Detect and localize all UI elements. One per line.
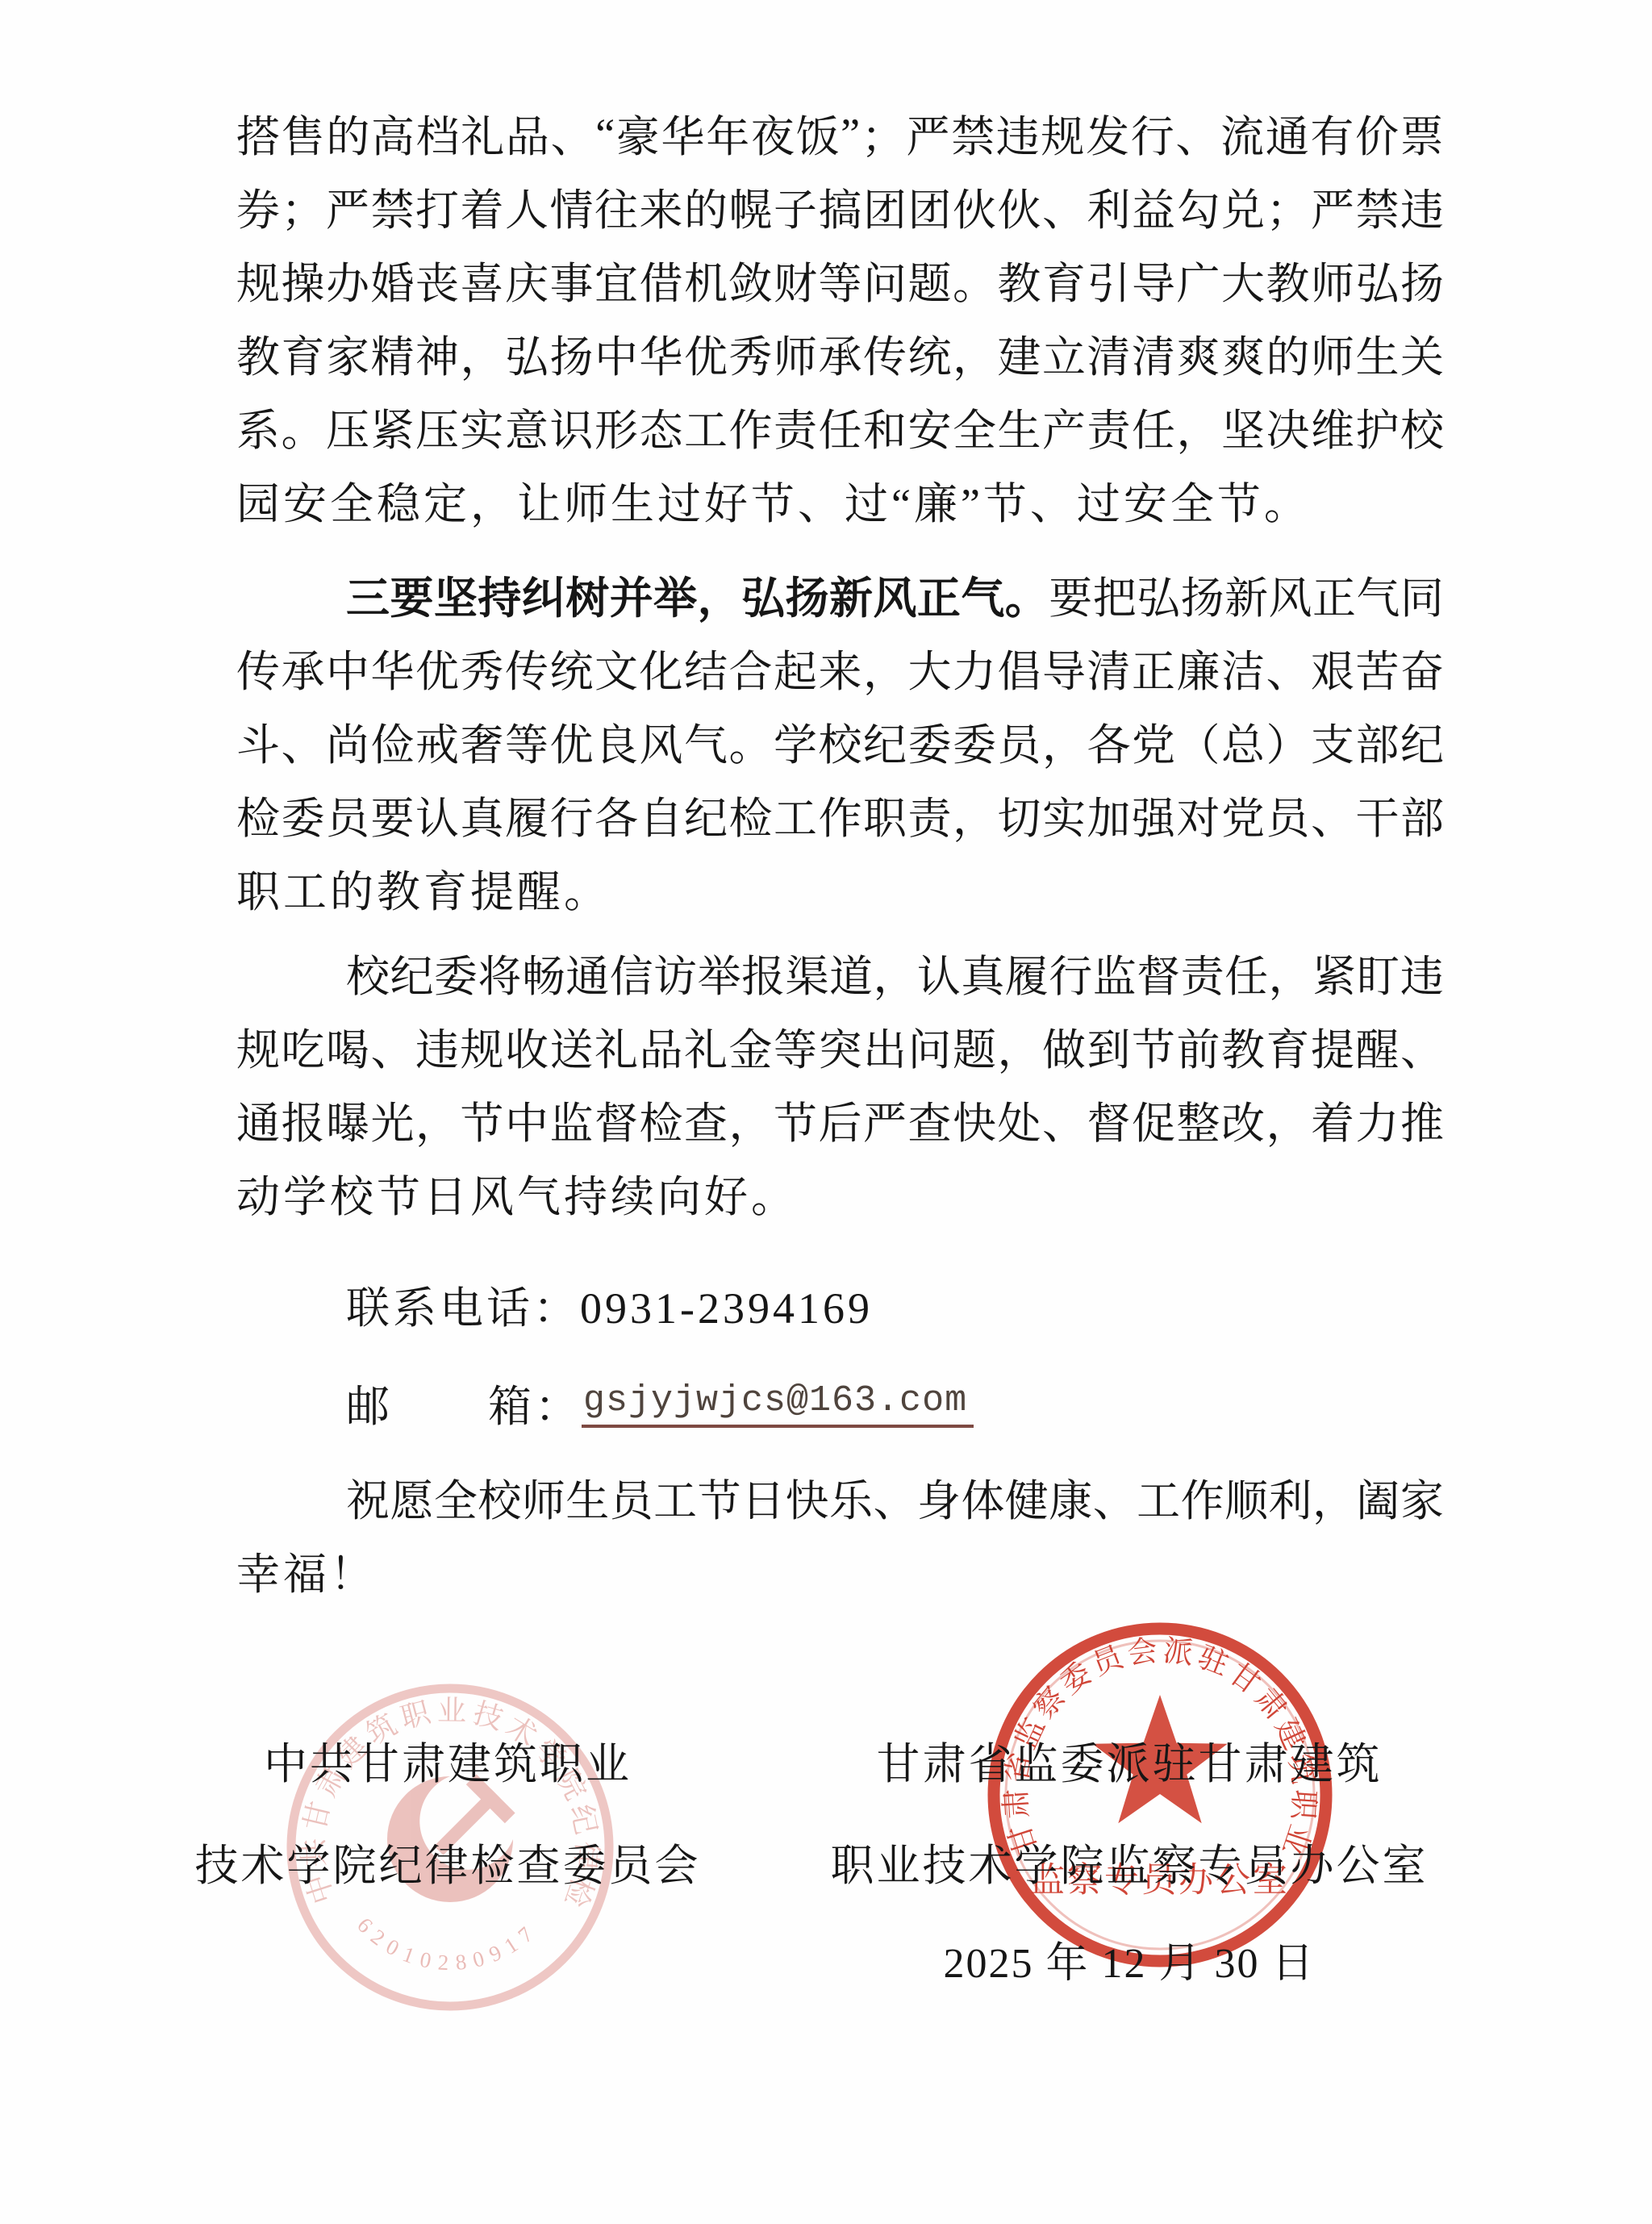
document-date: 2025 年 12 月 30 日 (807, 1938, 1452, 1990)
signature-line: 职业技术学院监察专员办公室 (807, 1840, 1452, 1892)
text-segment: 箱： (488, 1372, 582, 1434)
text-line: 教育家精神，弘扬中华优秀师承传统，建立清清爽爽的师生关 (236, 317, 1444, 390)
text-line: 祝愿全校师生员工节日快乐、身体健康、工作顺利，阖家 (236, 1461, 1444, 1534)
text-line: 通报曝光，节中监督检查，节后严查快处、督促整改，着力推 (236, 1083, 1444, 1157)
text-line: 规操办婚丧喜庆事宜借机敛财等问题。教育引导广大教师弘扬 (236, 244, 1444, 317)
signature-line: 中共甘肃建筑职业 (186, 1738, 710, 1790)
text-segment: 幸福！ (236, 1540, 377, 1602)
paragraph: 联系电话：0931-2394169 (236, 1268, 1444, 1341)
text-line: 斗、尚俭戒奢等优良风气。学校纪委委员，各党（总）支部纪 (236, 705, 1444, 778)
text-line: 幸福！ (236, 1534, 1444, 1608)
text-line: 园安全稳定，让师生过好节、过“廉”节、过安全节。 (236, 464, 1444, 537)
signature-line: 甘肃省监委派驻甘肃建筑 (807, 1738, 1452, 1790)
document-body: 搭售的高档礼品、“豪华年夜饭”；严禁违规发行、流通有价票券；严禁打着人情往来的幌… (236, 97, 1444, 1608)
text-line: 联系电话：0931-2394169 (236, 1268, 1444, 1341)
text-line: 邮箱：gsjyjwjcs@163.com (236, 1367, 1444, 1440)
paragraph: 祝愿全校师生员工节日快乐、身体健康、工作顺利，阖家幸福！ (236, 1461, 1444, 1608)
email-link: gsjyjwjcs@163.com (582, 1379, 974, 1428)
text-segment: 邮 (346, 1372, 393, 1434)
text-line: 校纪委将畅通信访举报渠道，认真履行监督责任，紧盯违 (236, 937, 1444, 1010)
paragraph: 校纪委将畅通信访举报渠道，认真履行监督责任，紧盯违规吃喝、违规收送礼品礼金等突出… (236, 937, 1444, 1230)
signature-block-discipline-committee: 中共甘肃建筑职业 技术学院纪律检查委员会 (186, 1738, 710, 1892)
paragraph: 搭售的高档礼品、“豪华年夜饭”；严禁违规发行、流通有价票券；严禁打着人情往来的幌… (236, 97, 1444, 537)
text-line: 职工的教育提醒。 (236, 852, 1444, 925)
text-segment: 动学校节日风气持续向好。 (236, 1162, 798, 1225)
scanned-document-page: 中共甘肃建筑职业技术学院纪律检查委员会 6201028091733 甘肃省监察委… (0, 0, 1652, 2224)
text-line: 搭售的高档礼品、“豪华年夜饭”；严禁违规发行、流通有价票 (236, 97, 1444, 170)
text-segment: 职工的教育提醒。 (236, 857, 611, 920)
text-line: 三要坚持纠树并举，弘扬新风正气。要把弘扬新风正气同 (236, 558, 1444, 632)
text-line: 动学校节日风气持续向好。 (236, 1157, 1444, 1230)
text-segment: 联系电话：0931-2394169 (346, 1274, 873, 1336)
signature-line: 技术学院纪律检查委员会 (186, 1840, 710, 1892)
text-line: 系。压紧压实意识形态工作责任和安全生产责任，坚决维护校 (236, 390, 1444, 464)
text-line: 规吃喝、违规收送礼品礼金等突出问题，做到节前教育提醒、 (236, 1010, 1444, 1083)
text-line: 检委员要认真履行各自纪检工作职责，切实加强对党员、干部 (236, 778, 1444, 852)
text-line: 券；严禁打着人情往来的幌子搞团团伙伙、利益勾兑；严禁违 (236, 170, 1444, 244)
paragraph: 三要坚持纠树并举，弘扬新风正气。要把弘扬新风正气同传承中华优秀传统文化结合起来，… (236, 558, 1444, 925)
text-line: 传承中华优秀传统文化结合起来，大力倡导清正廉洁、艰苦奋 (236, 632, 1444, 705)
paragraph: 邮箱：gsjyjwjcs@163.com (236, 1367, 1444, 1440)
signature-block-supervision-office: 甘肃省监委派驻甘肃建筑 职业技术学院监察专员办公室 2025 年 12 月 30… (807, 1738, 1452, 1990)
text-segment: 园安全稳定，让师生过好节、过“廉”节、过安全节。 (236, 469, 1311, 532)
